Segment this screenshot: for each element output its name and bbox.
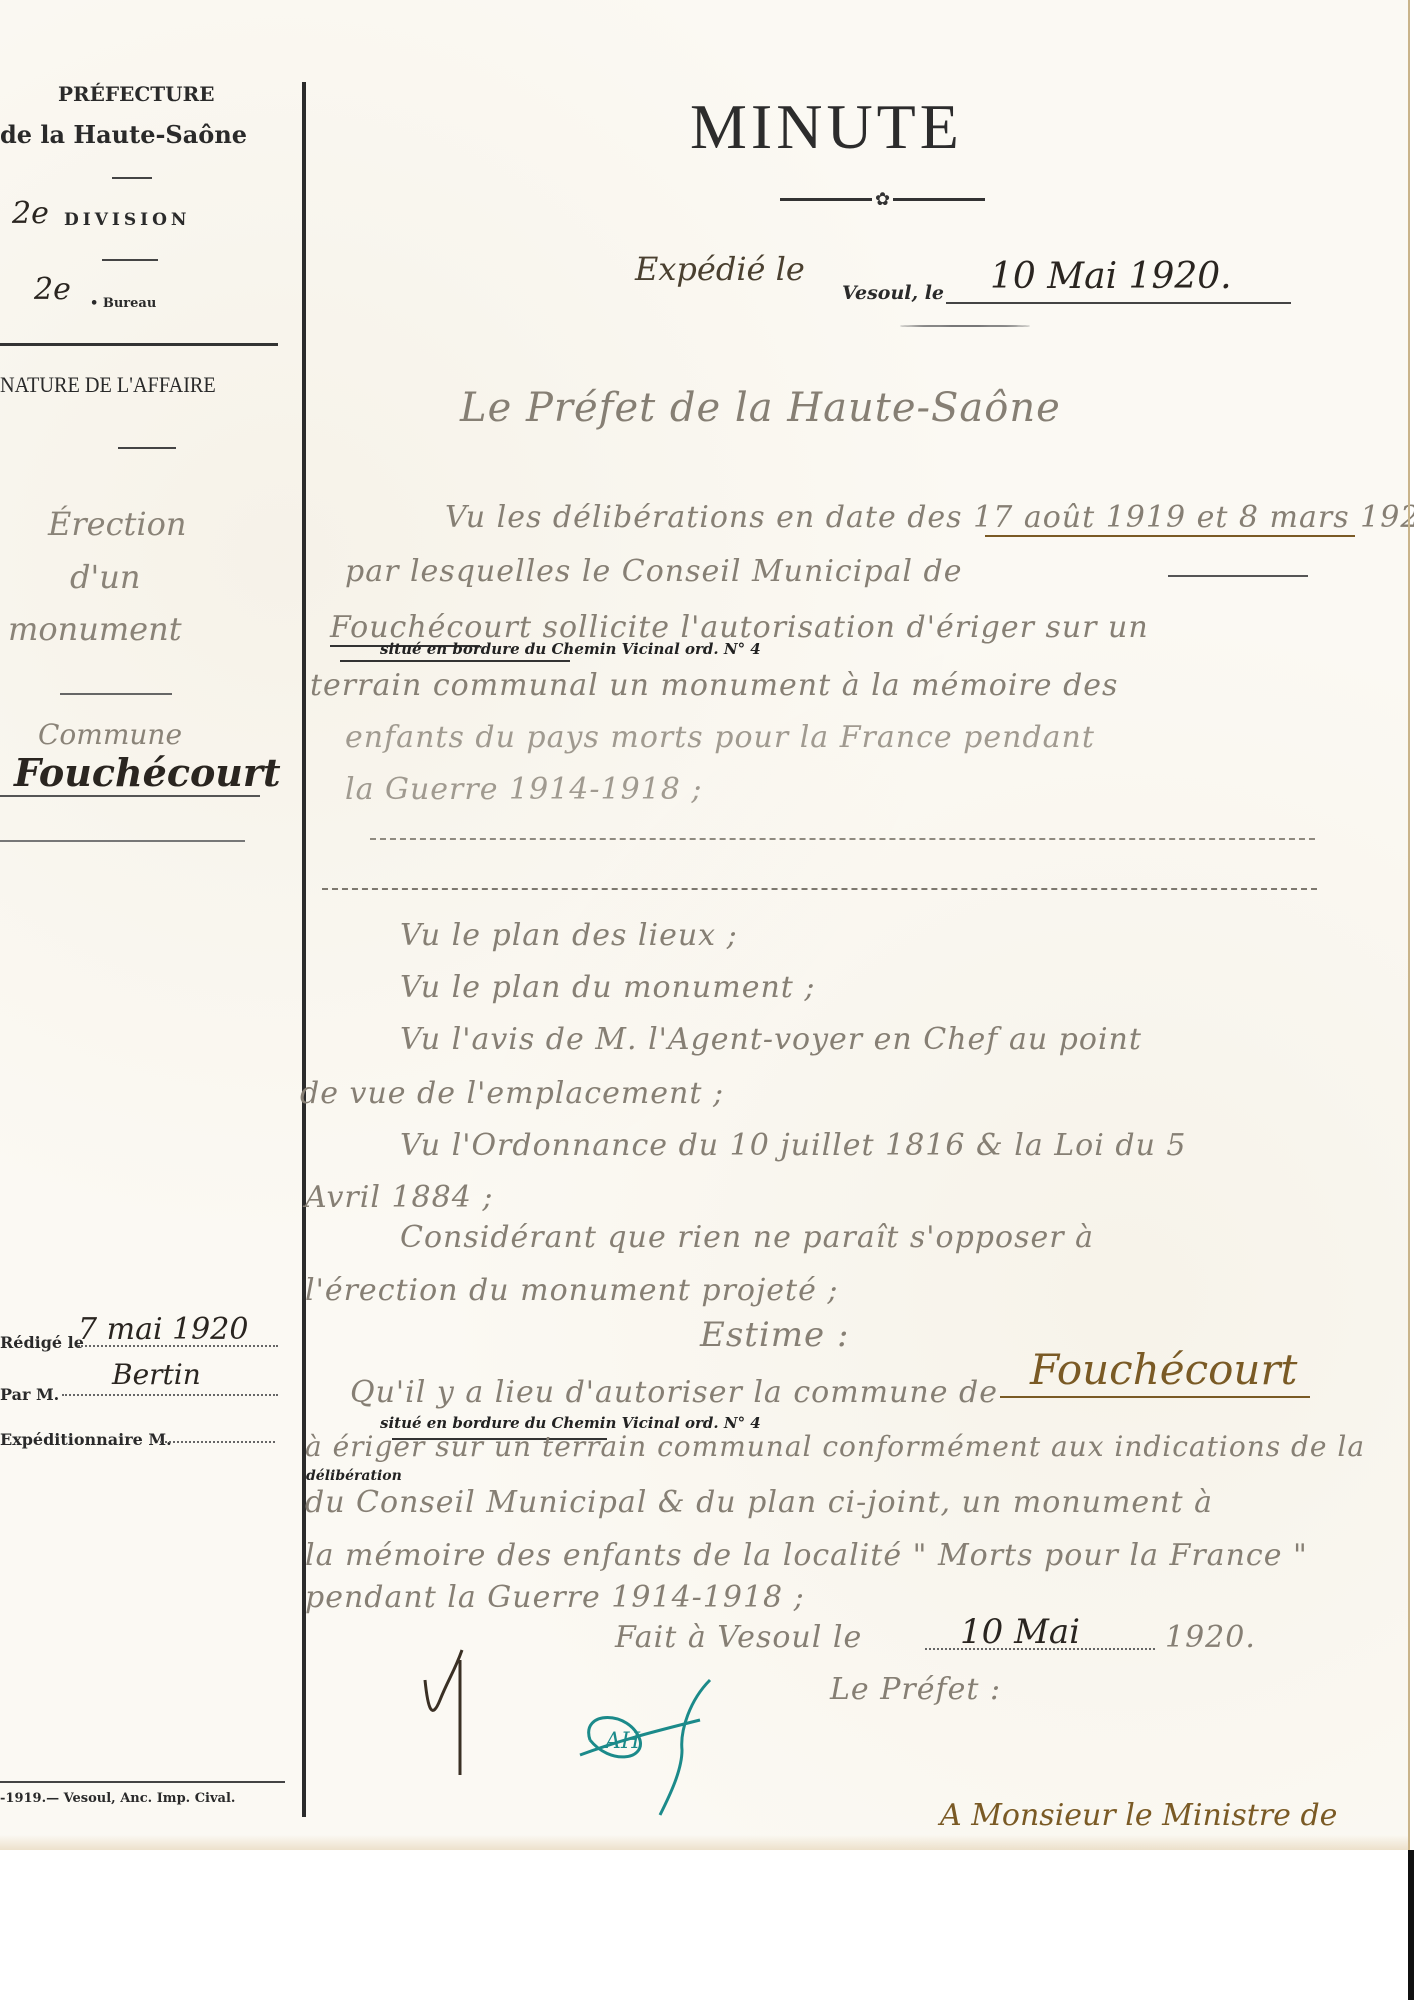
decision-line: du Conseil Municipal & du plan ci-joint,… [305, 1485, 1213, 1520]
visa-line: de vue de l'emplacement ; [300, 1076, 724, 1111]
margin-column: PRÉFECTURE de la Haute-Saône 2e DIVISION… [0, 0, 300, 1850]
title-ornament: ✿ [780, 197, 985, 201]
insertion-annotation: situé en bordure du Chemin Vicinal ord. … [380, 640, 761, 658]
ornament-divider [102, 259, 158, 261]
separator-line [322, 888, 1317, 890]
decision-line: pendant la Guerre 1914-1918 ; [305, 1580, 805, 1615]
visa-line: Avril 1884 ; [305, 1180, 493, 1215]
body-heading: Le Préfet de la Haute-Saône [460, 385, 1061, 431]
blank-line [1168, 575, 1308, 577]
affaire-line1: Érection [48, 505, 186, 543]
estime-heading: Estime : [700, 1315, 849, 1355]
visa-line: Considérant que rien ne paraît s'opposer… [400, 1220, 1094, 1255]
expeditionnaire-label: Expéditionnaire M. [0, 1430, 172, 1449]
redige-field-line [78, 1345, 278, 1347]
division-number: 2e [12, 196, 49, 231]
footer-rule [0, 1781, 285, 1783]
par-label: Par M. [0, 1385, 59, 1404]
ornament-divider [112, 177, 152, 179]
visa-line: Vu l'avis de M. l'Agent-voyer en Chef au… [400, 1022, 1142, 1057]
fait-label: Fait à Vesoul le [615, 1620, 862, 1655]
printer-line: -1919.— Vesoul, Anc. Imp. Cival. [0, 1791, 235, 1806]
signature-title: Le Préfet : [830, 1672, 1001, 1707]
scan-border [1408, 1850, 1414, 2000]
decision-commune: Fouchécourt [1030, 1345, 1297, 1394]
document-page: PRÉFECTURE de la Haute-Saône 2e DIVISION… [0, 0, 1410, 1850]
expeditionnaire-field-line [160, 1441, 275, 1443]
affaire-line2: d'un [70, 558, 141, 596]
par-value: Bertin [112, 1358, 201, 1391]
ornament-divider [118, 447, 176, 449]
paraph-initial [420, 1640, 480, 1780]
commune-value: Fouchécourt [14, 750, 281, 795]
flourish [900, 325, 1030, 327]
decision-line: Qu'il y a lieu d'autoriser la commune de [350, 1375, 998, 1410]
place-label: Vesoul, le [842, 282, 944, 304]
commune-underline [0, 795, 260, 797]
prefecture-line1: PRÉFECTURE [58, 82, 214, 106]
commune-label: Commune [38, 718, 182, 751]
visa-line: l'érection du monument projeté ; [305, 1273, 839, 1308]
address-line: A Monsieur le Ministre de [940, 1798, 1337, 1833]
document-title: MINUTE [690, 90, 963, 164]
fait-date-line [925, 1648, 1155, 1650]
decision-line: la mémoire des enfants de la localité " … [305, 1538, 1308, 1573]
body-line: enfants du pays morts pour la France pen… [345, 720, 1095, 755]
decision-line: à ériger sur un terrain communal conform… [305, 1430, 1365, 1463]
body-line: par lesquelles le Conseil Municipal de [345, 554, 963, 589]
prefecture-line2: de la Haute-Saône [0, 120, 247, 149]
paper-stain [0, 1835, 1410, 1850]
visa-line: Vu le plan des lieux ; [400, 918, 738, 953]
header-date: 10 Mai 1920. [990, 256, 1232, 297]
nature-heading: NATURE DE L'AFFAIRE [0, 372, 216, 398]
separator-line [370, 838, 1315, 840]
redige-value: 7 mai 1920 [78, 1312, 248, 1347]
insertion-annotation: délibération [306, 1468, 402, 1484]
visa-line: Vu le plan du monument ; [400, 970, 815, 1005]
section-rule [0, 840, 245, 842]
decision-commune-line [1000, 1396, 1310, 1398]
body-line: Vu les délibérations en date des 17 août… [445, 500, 1414, 535]
header-date-line [946, 302, 1291, 304]
teal-paraph-signature: AH [570, 1670, 720, 1820]
paper-edge [1408, 0, 1410, 1850]
insertion-arrow [340, 660, 570, 662]
body-line: terrain communal un monument à la mémoir… [310, 668, 1118, 703]
bureau-number: 2e [34, 272, 71, 307]
fait-year: 1920. [1165, 1620, 1256, 1655]
redige-label: Rédigé le [0, 1333, 84, 1352]
division-label: DIVISION [64, 210, 190, 230]
bureau-label: • Bureau [90, 296, 156, 311]
section-rule [0, 343, 278, 346]
affaire-line3: monument [8, 610, 182, 648]
section-rule [60, 693, 172, 695]
svg-text:AH: AH [603, 1729, 641, 1754]
visa-line: Vu l'Ordonnance du 10 juillet 1816 & la … [400, 1128, 1187, 1163]
expedie-label: Expédié le [635, 250, 805, 288]
dates-underline [985, 535, 1355, 537]
par-field-line [62, 1394, 278, 1396]
body-line: la Guerre 1914-1918 ; [345, 772, 703, 807]
fait-day-month: 10 Mai [960, 1612, 1080, 1652]
